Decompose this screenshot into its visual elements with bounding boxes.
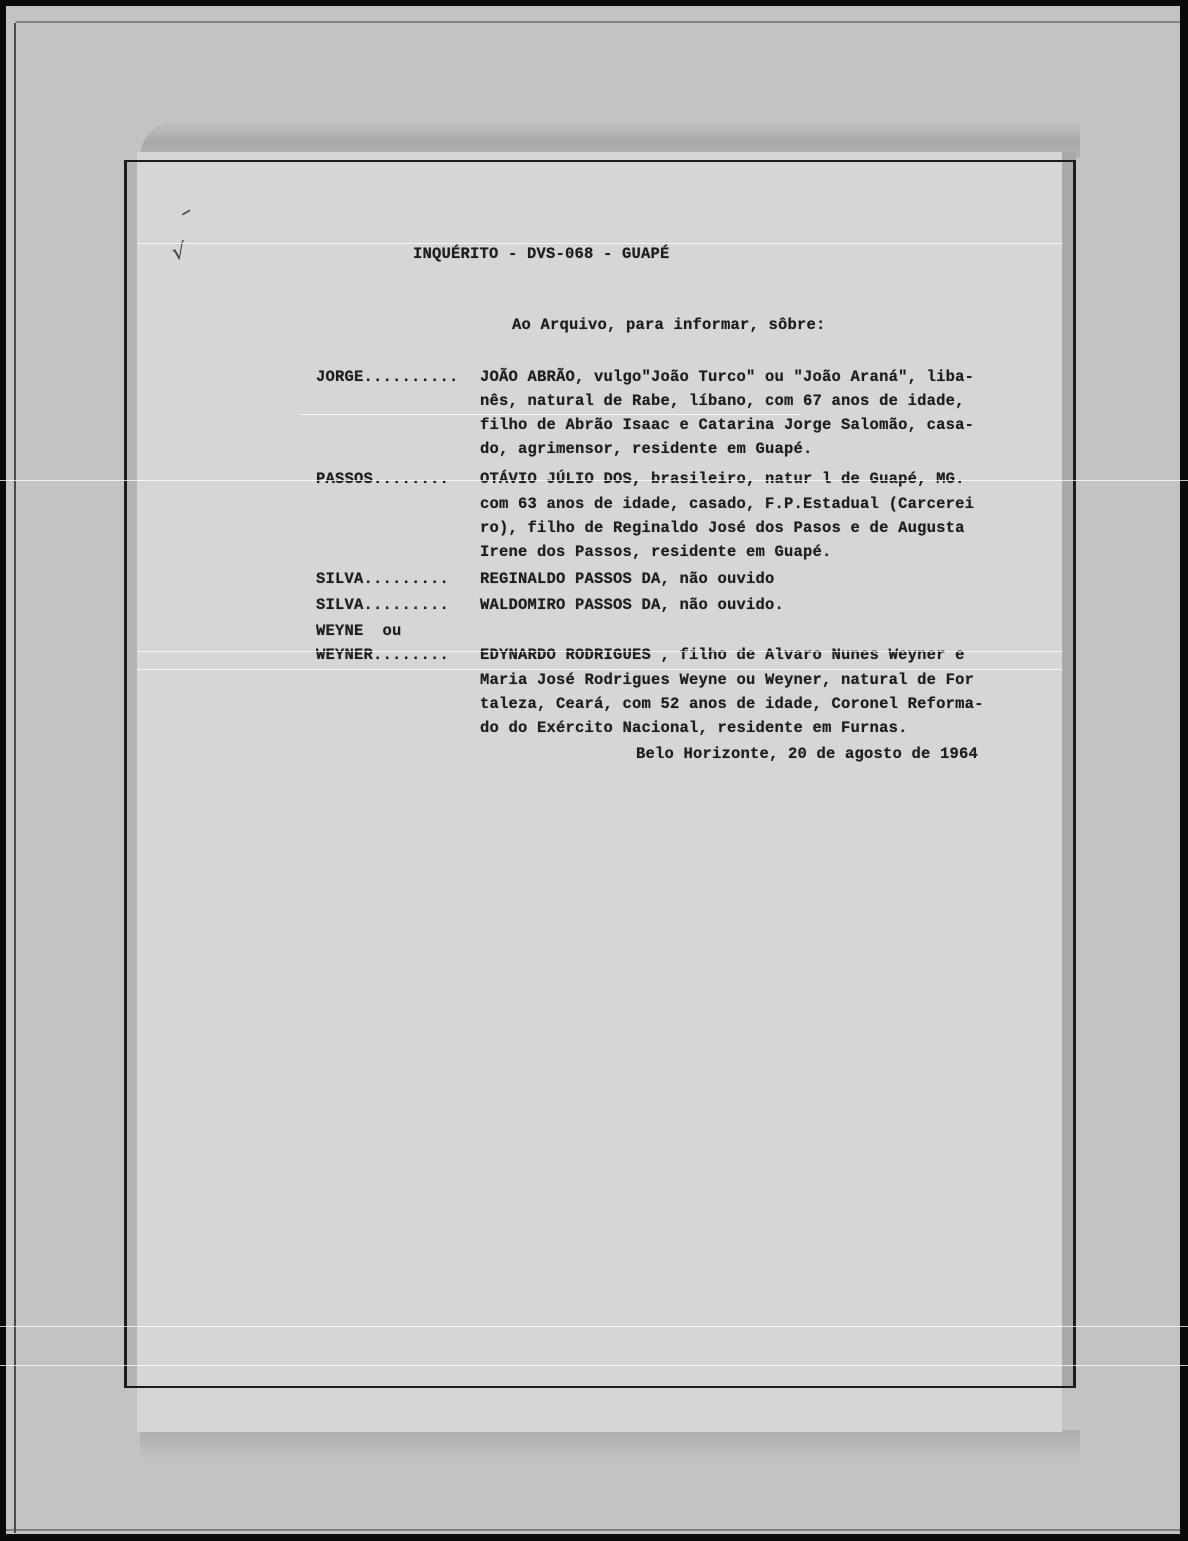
scan-line — [0, 480, 1188, 481]
entry-surname: PASSOS........ — [316, 470, 449, 488]
document-intro: Ao Arquivo, para informar, sôbre: — [512, 316, 826, 334]
mount-border-bottom — [6, 1529, 1180, 1531]
page-frame — [124, 160, 1076, 1388]
entry-line: taleza, Ceará, com 52 anos de idade, Cor… — [480, 695, 984, 713]
entry-line: do, agrimensor, residente em Guapé. — [480, 440, 813, 458]
document-title: INQUÉRITO - DVS-068 - GUAPÉ — [413, 245, 670, 263]
entry-line: REGINALDO PASSOS DA, não ouvido — [480, 570, 775, 588]
entry-surname-alt: WEYNE ou — [316, 622, 402, 640]
signature-line: Belo Horizonte, 20 de agosto de 1964 — [636, 745, 978, 763]
scan-line — [137, 243, 1062, 244]
entry-line: EDYNARDO RODRIGUES , filho de Alvaro Nun… — [480, 646, 965, 664]
entry-line: Irene dos Passos, residente em Guapé. — [480, 543, 832, 561]
page-shadow-bottom — [140, 1430, 1080, 1460]
scan-line — [137, 651, 1062, 652]
entry-surname: SILVA......... — [316, 570, 449, 588]
scan-line — [0, 1365, 1188, 1366]
entry-line: nês, natural de Rabe, líbano, com 67 ano… — [480, 392, 965, 410]
scan-line — [137, 669, 1062, 670]
entry-surname: WEYNER........ — [316, 646, 449, 664]
entry-line: com 63 anos de idade, casado, F.P.Estadu… — [480, 495, 974, 513]
entry-line: JOÃO ABRÃO, vulgo"João Turco" ou "João A… — [480, 368, 974, 386]
entry-surname: JORGE.......... — [316, 368, 459, 386]
entry-line: do do Exército Nacional, residente em Fu… — [480, 719, 908, 737]
mount-border-left — [14, 23, 16, 1533]
mount-border-top — [16, 21, 1180, 23]
entry-line: OTÁVIO JÚLIO DOS, brasileiro, natur l de… — [480, 470, 965, 488]
entry-line: filho de Abrão Isaac e Catarina Jorge Sa… — [480, 416, 974, 434]
scan-line — [300, 414, 800, 415]
entry-line: Maria José Rodrigues Weyne ou Weyner, na… — [480, 671, 974, 689]
entry-surname: SILVA......... — [316, 596, 449, 614]
scan-line — [0, 1326, 1188, 1327]
entry-line: WALDOMIRO PASSOS DA, não ouvido. — [480, 596, 784, 614]
entry-line: ro), filho de Reginaldo José dos Pasos e… — [480, 519, 965, 537]
